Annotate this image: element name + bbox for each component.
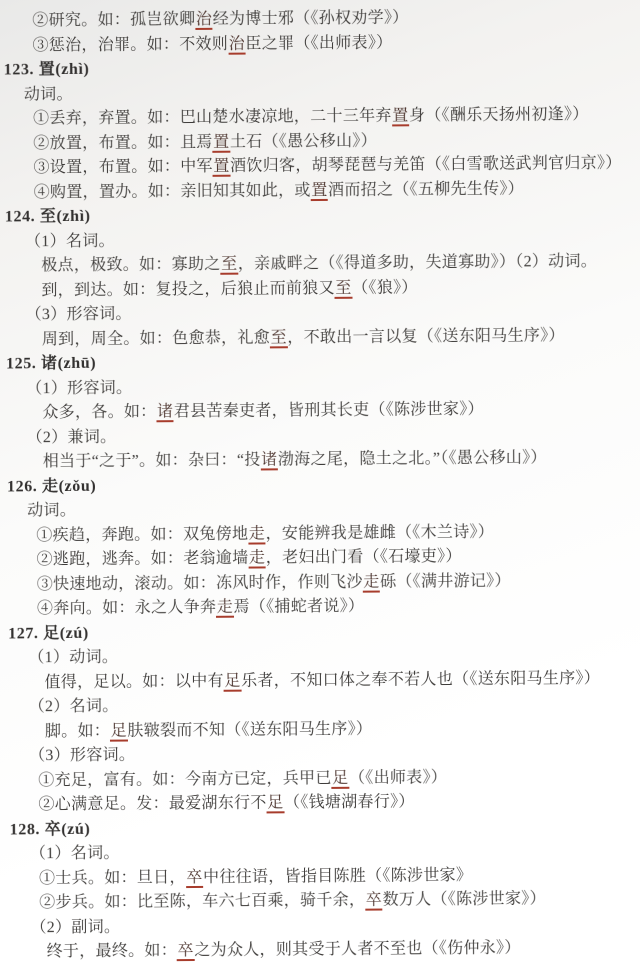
text-segment: 之为众人，则其受于人者不至也（《伤仲永》） [194, 939, 520, 959]
key-character-underlined: 至 [335, 279, 352, 298]
text-segment: ，亲戚畔之（《得道多助，失道寡助》）（2）动词。 [238, 253, 597, 273]
text-segment: ①士兵。如：旦日， [39, 869, 186, 887]
text-line: ②步兵。如：比至陈，车六七百乘，骑千余，卒数万人（《陈涉世家》） [3, 886, 640, 916]
text-segment: 动词。 [27, 502, 76, 519]
text-segment: 125. 诸(zhū) [6, 355, 96, 373]
text-segment: 值得，足以。如：以中有 [44, 672, 223, 690]
text-segment: ②心满意足。发：最爱湖东行不 [38, 794, 266, 813]
text-segment: 动词。 [24, 85, 73, 102]
text-segment: 124. 至(zhì) [5, 208, 91, 226]
key-character-underlined: 置 [392, 107, 409, 126]
text-line: ③设置，布置。如：中军置酒饮归客，胡琴琵琶与羌笛（《白雪歌送武判官归京》） [0, 151, 638, 181]
text-segment: ，安能辨我是雄雌（《木兰诗》） [266, 523, 495, 542]
key-character-underlined: 走 [248, 549, 265, 568]
text-segment: 中往往语，皆指目陈胜（《陈涉世家》 [203, 866, 472, 885]
text-segment: ②研究。如：孤岂欲卿 [32, 11, 195, 29]
text-segment: （3）形容词。 [29, 746, 135, 764]
key-character-underlined: 卒 [186, 868, 203, 887]
text-segment: 君县苦秦吏者，皆刑其长吏（《陈涉世家》） [174, 401, 484, 420]
key-character-underlined: 足 [267, 794, 284, 813]
key-character-underlined: 走 [216, 599, 233, 618]
text-segment: ①丢弃，弃置。如：巴山楚水凄凉地，二十三年弃 [33, 107, 392, 127]
text-segment: 脚。如： [45, 722, 110, 740]
text-line: 极点，极致。如：寡助之至，亲戚畔之（《得道多助，失道寡助》）（2）动词。 [0, 249, 638, 279]
key-character-underlined: 卒 [177, 942, 194, 961]
text-segment: （3）形容词。 [26, 305, 132, 323]
key-character-underlined: 治 [228, 35, 245, 54]
text-segment: 极点，极致。如：寡助之 [41, 256, 220, 274]
text-segment: ②放置，布置。如：且焉 [33, 133, 212, 151]
text-line: ①丢弃，弃置。如：巴山楚水凄凉地，二十三年弃置身（《酬乐天扬州初逢》） [0, 102, 637, 132]
text-segment: 众多，各。如： [42, 403, 156, 421]
text-segment: 经为博士邪（《孙权劝学》） [213, 9, 409, 28]
key-character-underlined: 置 [213, 133, 230, 152]
text-line: 终于，最终。如：卒之为众人，则其受于人者不至也（《伤仲永》） [4, 935, 640, 965]
text-segment: ③设置，布置。如：中军 [33, 158, 212, 176]
document-content: ②研究。如：孤岂欲卿治经为博士邪（《孙权劝学》）③惩治，治罪。如：不效则治臣之罪… [0, 5, 640, 965]
text-segment: 127. 足(zú) [8, 624, 89, 642]
text-segment: （《狼》） [352, 279, 418, 297]
text-segment: 相当于“之于”。如：杂曰：“投 [43, 451, 261, 470]
text-segment: （2）兼词。 [27, 428, 117, 446]
key-character-underlined: 诸 [261, 451, 278, 470]
text-segment: （1）动词。 [28, 649, 118, 667]
text-segment: 渤海之尾，隐土之北。”（《愚公移山》） [278, 449, 547, 468]
text-segment: 126. 走(zǒu) [7, 477, 96, 495]
text-segment: （《出师表》） [349, 769, 447, 787]
text-segment: ④购置，置办。如：亲旧知其如此，或 [34, 182, 311, 201]
text-segment: ②步兵。如：比至陈，车六七百乘，骑千余， [39, 892, 365, 912]
text-segment: （1）名词。 [30, 845, 120, 863]
text-segment: 土石（《愚公移山》） [230, 132, 377, 150]
key-character-underlined: 足 [110, 722, 127, 741]
text-segment: （2）名词。 [29, 698, 119, 716]
text-segment: 肤皲裂而不知（《送东阳马生序》） [127, 720, 372, 739]
key-character-underlined: 置 [213, 158, 230, 177]
text-segment: （1）名词。 [25, 232, 115, 250]
text-segment: ①疾趋，奔跑。如：双兔傍地 [36, 525, 248, 544]
text-segment: ①充足，富有。如：今南方已定，兵甲已 [38, 769, 332, 788]
scanned-document-page: ②研究。如：孤岂欲卿治经为博士邪（《孙权劝学》）③惩治，治罪。如：不效则治臣之罪… [0, 0, 640, 967]
text-segment: 乐者，不知口体之奉不若人也（《送东阳马生序》） [241, 669, 600, 689]
key-character-underlined: 走 [248, 525, 265, 544]
text-segment: ，老妇出门看（《石壕吏》） [266, 548, 462, 567]
key-character-underlined: 置 [311, 181, 328, 200]
text-segment: 终于，最终。如： [47, 942, 178, 960]
text-segment: 酒饮归客，胡琴琵琶与羌笛（《白雪歌送武判官归京》） [230, 155, 622, 175]
key-character-underlined: 足 [224, 672, 241, 691]
text-segment: 到，到达。如：复投之，后狼止而前狼又 [41, 279, 335, 298]
text-segment: 焉（《捕蛇者说》） [233, 598, 364, 616]
text-segment: 身（《酬乐天扬州初逢》） [409, 106, 589, 124]
key-character-underlined: 足 [332, 769, 349, 788]
key-character-underlined: 至 [270, 329, 287, 348]
key-character-underlined: 卒 [365, 892, 382, 911]
key-character-underlined: 治 [195, 11, 212, 30]
text-line: 相当于“之于”。如：杂曰：“投诸渤海之尾，隐土之北。”（《愚公移山》） [0, 445, 640, 475]
text-segment: ③惩治，治罪。如：不效则 [32, 35, 228, 54]
text-segment: （1）形容词。 [26, 379, 132, 397]
key-character-underlined: 至 [220, 256, 237, 275]
text-line: 周到，周全。如：色愈恭，礼愈至，不敢出一言以复（《送东阳马生序》） [0, 323, 639, 353]
text-segment: （《钱塘湖春行》） [284, 793, 415, 811]
text-segment: ，不敢出一言以复（《送东阳马生序》） [287, 327, 565, 346]
text-segment: 数万人（《陈涉世家》） [383, 890, 546, 908]
text-segment: 酒而招之（《五柳先生传》） [328, 180, 524, 199]
text-segment: 123. 置(zhì) [4, 61, 90, 79]
text-segment: （2）副词。 [30, 918, 120, 936]
text-segment: 砾（《满井游记》） [380, 572, 511, 590]
key-character-underlined: 诸 [156, 403, 173, 422]
key-character-underlined: 走 [363, 573, 380, 592]
text-segment: ③快速地动，滚动。如：冻风时作，作则飞沙 [37, 573, 363, 593]
text-segment: ④奔向。如：永之人争奔 [37, 599, 216, 617]
text-line: 值得，足以。如：以中有足乐者，不知口体之奉不若人也（《送东阳马生序》） [1, 666, 640, 696]
text-segment: 128. 卒(zú) [10, 820, 91, 838]
text-segment: ②逃跑，逃奔。如：老翁逾墙 [36, 550, 248, 569]
text-segment: 周到，周全。如：色愈恭，礼愈 [42, 329, 270, 348]
text-segment: 臣之罪（《出师表》） [245, 34, 392, 52]
